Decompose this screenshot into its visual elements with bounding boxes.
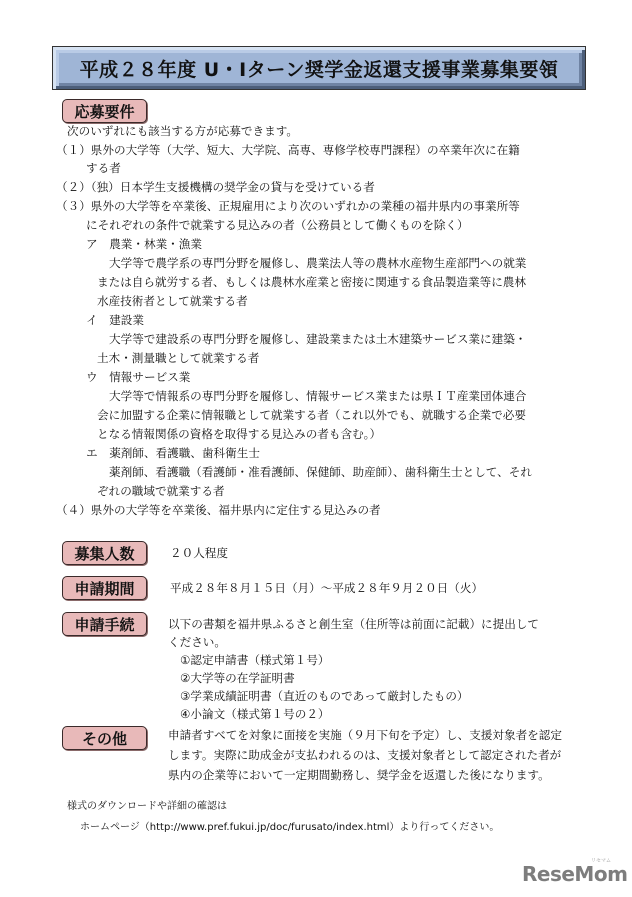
- label-procedure: 申請手続: [62, 612, 147, 636]
- footer-line-1: 様式のダウンロードや詳細の確認は: [67, 800, 227, 814]
- procedure-doc-4: ④小論文（様式第１号の２）: [180, 705, 330, 723]
- industry-u-desc-1: 大学等で情報系の専門分野を履修し、情報サービス業または県ＩＴ産業団体連合: [109, 387, 526, 405]
- label-eligibility: 応募要件: [62, 99, 147, 123]
- industry-e-heading: エ 薬剤師、看護職、歯科衛生士: [86, 444, 260, 462]
- industry-u-heading: ウ 情報サービス業: [86, 368, 190, 386]
- eligibility-item-3: （３）県外の大学等を卒業後、正規雇用により次のいずれかの業種の福井県内の事業所等: [56, 197, 520, 215]
- eligibility-item-4: （４）県外の大学等を卒業後、福井県内に定住する見込みの者: [56, 501, 381, 519]
- industry-i-heading: イ 建設業: [86, 311, 144, 329]
- resemom-logo-kana: リセマム: [591, 857, 611, 864]
- procedure-text-2: ください。: [168, 633, 226, 651]
- industry-a-heading: ア 農業・林業・漁業: [86, 235, 202, 253]
- document-title: 平成２８年度 U・Iターン奨学金返還支援事業募集要領: [80, 55, 559, 82]
- industry-a-desc-3: 水産技術者として就業する者: [97, 292, 248, 310]
- procedure-doc-3: ③学業成績証明書（直近のものであって厳封したもの）: [180, 687, 469, 705]
- industry-i-desc-1: 大学等で建設系の専門分野を履修し、建設業または土木建築サービス業に建築・: [109, 330, 526, 348]
- procedure-text-1: 以下の書類を福井県ふるさと創生室（住所等は前面に記載）に提出して: [168, 615, 539, 633]
- industry-e-desc-2: ぞれの職域で就業する者: [97, 482, 225, 500]
- label-period: 申請期間: [62, 576, 147, 600]
- eligibility-intro: 次のいずれにも該当する方が応募できます。: [67, 122, 298, 140]
- resemom-logo: ReseMom: [522, 862, 627, 886]
- label-other: その他: [62, 726, 147, 750]
- footer-line-2: ホームページ（http://www.pref.fukui.jp/doc/furu…: [80, 821, 499, 835]
- other-text-1: 申請者すべてを対象に面接を実施（９月下旬を予定）し、支援対象者を認定: [168, 726, 562, 744]
- other-text-2: します。実際に助成金が支払われるのは、支援対象者として認定された者が: [168, 746, 561, 764]
- industry-u-desc-3: となる情報関係の資格を取得する見込みの者も含む。）: [97, 425, 381, 443]
- other-text-3: 県内の企業等において一定期間勤務し、奨学金を返還した後になります。: [168, 766, 550, 784]
- eligibility-item-1: （１）県外の大学等（大学、短大、大学院、高専、専修学校専門課程）の卒業年次に在籍: [56, 141, 520, 159]
- industry-u-desc-2: 会に加盟する企業に情報職として就業する者（これ以外でも、就職する企業で必要: [97, 406, 526, 424]
- eligibility-item-1-cont: する者: [86, 159, 121, 177]
- procedure-doc-1: ①認定申請書（様式第１号）: [180, 651, 330, 669]
- industry-e-desc-1: 薬剤師、看護職（看護師・准看護師、保健師、助産師）、歯科衛生士として、それ: [109, 463, 532, 481]
- industry-a-desc-2: または自ら就労する者、もしくは農林水産業と密接に関連する食品製造業等に農林: [97, 273, 526, 291]
- eligibility-item-2: （２）（独）日本学生支援機構の奨学金の貸与を受けている者: [56, 178, 375, 196]
- document-title-box: 平成２８年度 U・Iターン奨学金返還支援事業募集要領: [52, 46, 586, 90]
- procedure-doc-2: ②大学等の在学証明書: [180, 669, 295, 687]
- recruitment-value: ２０人程度: [170, 544, 228, 562]
- period-value: 平成２８年８月１５日（月）～平成２８年９月２０日（火）: [170, 579, 483, 597]
- label-recruitment: 募集人数: [62, 541, 147, 565]
- industry-a-desc-1: 大学等で農学系の専門分野を履修し、農業法人等の農林水産物生産部門への就業: [109, 254, 526, 272]
- industry-i-desc-2: 土木・測量職として就業する者: [97, 349, 259, 367]
- eligibility-item-3-cont: にそれぞれの条件で就業する見込みの者（公務員として働くものを除く）: [86, 216, 469, 234]
